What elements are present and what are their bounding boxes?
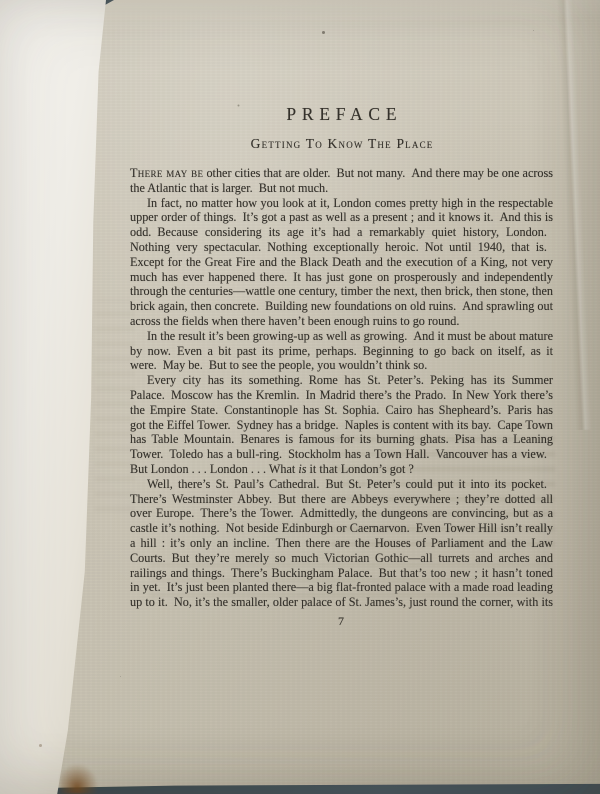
paragraph-in-fact: In fact, no matter how you look at it, L… — [130, 196, 553, 329]
paragraph-in-the-result: In the result it’s been growing-up as we… — [130, 329, 553, 373]
book-cover-bottom-edge — [55, 782, 600, 794]
paragraph-there-may-be: There may be other cities that are older… — [130, 166, 553, 196]
paper-specks — [322, 31, 325, 34]
lead-small-caps: There may be — [130, 166, 203, 180]
book-page-photo: PREFACE Getting To Know The Place There … — [0, 0, 600, 794]
gutter-stain — [60, 764, 98, 794]
page-number: 7 — [130, 614, 553, 629]
page-top-edge-highlight — [92, 0, 600, 30]
text-showthrough — [95, 300, 135, 520]
page-crease — [556, 0, 591, 430]
page-title: PREFACE — [130, 104, 553, 124]
paragraph-text: it that London’s got ? — [307, 462, 414, 476]
paragraph-well-theres: Well, there’s St. Paul’s Cathedral. But … — [130, 477, 553, 610]
body-text: There may be other cities that are older… — [130, 166, 553, 610]
paragraph-every-city: Every city has its something. Rome has S… — [130, 373, 553, 477]
facing-page-edge — [0, 0, 106, 794]
paragraph-text: Every city has its something. Rome has S… — [130, 373, 553, 476]
page-text-block: PREFACE Getting To Know The Place There … — [130, 104, 553, 629]
emphasis-is: is — [298, 462, 306, 476]
section-subtitle: Getting To Know The Place — [130, 136, 553, 152]
